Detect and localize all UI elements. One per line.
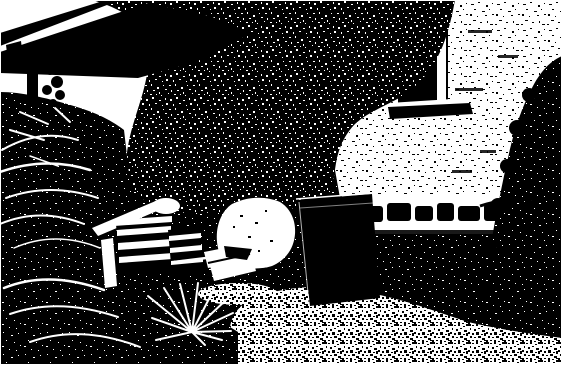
waste-bin — [296, 193, 380, 306]
photo-frame — [0, 0, 562, 365]
beam-highlight — [152, 198, 180, 214]
pot-stack-right — [168, 227, 203, 276]
stone — [387, 203, 411, 221]
stone — [415, 206, 433, 221]
stone — [458, 206, 480, 221]
pot-stack-left — [114, 216, 174, 274]
stone — [437, 203, 454, 221]
window-frame-mullion — [446, 28, 448, 108]
garden-photo — [0, 0, 562, 365]
porch-post — [27, 70, 38, 107]
gravel-patch — [198, 283, 278, 305]
